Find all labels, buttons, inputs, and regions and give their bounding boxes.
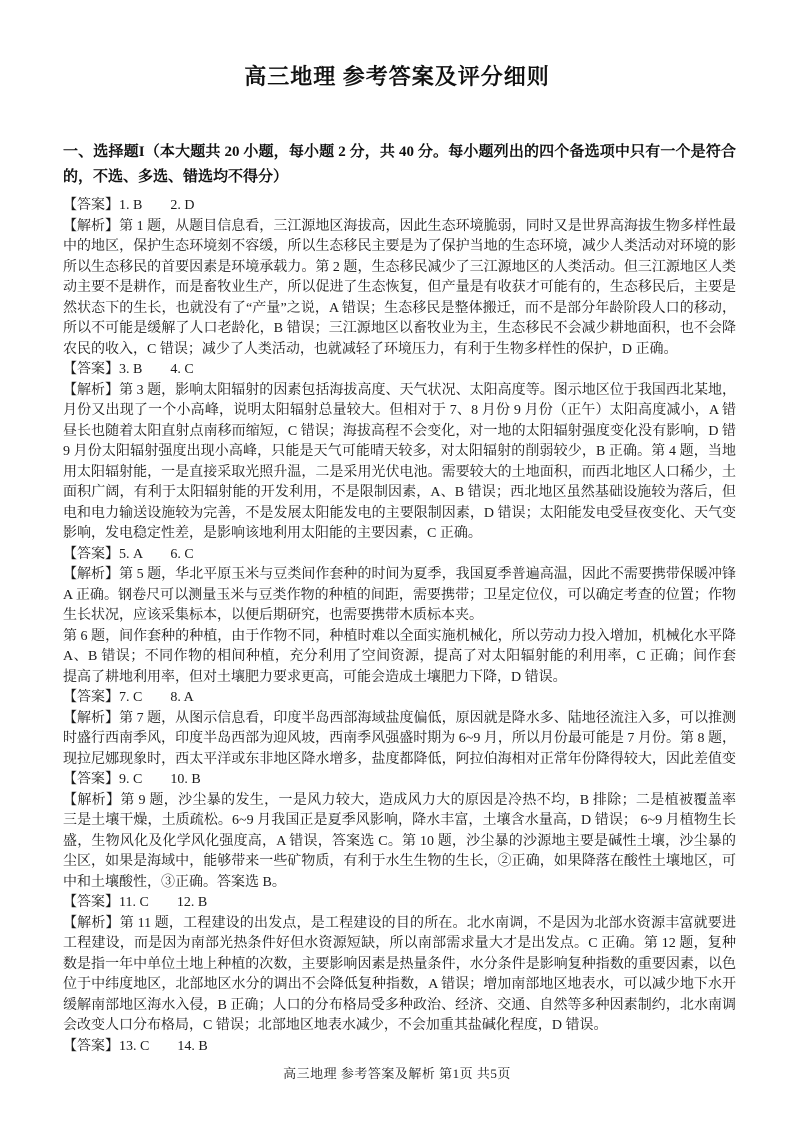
text-line: 会改变人口分布格局，C 错误；北部地区地表水减少，不会加重其盐碱化程度，D 错误…	[63, 1016, 736, 1037]
analysis-paragraph: 【解析】第 9 题，沙尘暴的发生，一是风力较大，造成风力大的原因是冷热不均，B …	[63, 791, 736, 894]
text-line: 生长状况，应该采集标本，以便后期研究，也需要携带木质标本夹。	[63, 606, 736, 627]
text-line: 所以生态移民的首要因素是环境承载力。第 2 题，生态移民减少了三江源地区的人类活…	[63, 258, 736, 279]
text-line: 【答案】11. C 12. B	[63, 893, 736, 914]
text-line: 第 6 题，间作套种的种植，由于作物不同，种植时难以全面实施机械化，所以劳动力投…	[63, 627, 736, 648]
text-line: 面积广阔，有利于太阳辐射能的开发利用，不是限制因素，A、B 错误；西北地区虽然基…	[63, 483, 736, 504]
answer-line-block: 【答案】1. B 2. D	[63, 196, 736, 217]
text-line: 提高了耕地利用率，但对土壤肥力要求更高，可能会造成土壤肥力下降，D 错误。	[63, 668, 736, 689]
text-line: 动主要不是耕作，而是畜牧业生产，所以促进了生态恢复，但产量是有收获才可能有的，生…	[63, 278, 736, 299]
analysis-paragraph: 第 6 题，间作套种的种植，由于作物不同，种植时难以全面实施机械化，所以劳动力投…	[63, 627, 736, 689]
text-line: 【解析】第 9 题，沙尘暴的发生，一是风力较大，造成风力大的原因是冷热不均，B …	[63, 791, 736, 812]
text-line: 中的地区，保护生态环境刻不容缓，所以生态移民主要是为了保护当地的生态环境，减少人…	[63, 237, 736, 258]
text-line: 农民的收入，C 错误；减少了人类活动，也就减轻了环境压力，有利于生物多样性的保护…	[63, 340, 736, 361]
text-line: 【解析】第 1 题，从题目信息看，三江源地区海拔高，因此生态环境脆弱，同时又是世…	[63, 217, 736, 238]
page-title: 高三地理 参考答案及评分细则	[0, 60, 794, 91]
text-line: 的，不选、多选、错选均不得分）	[63, 165, 736, 190]
text-line: 【解析】第 7 题，从图示信息看，印度半岛西部海域盐度偏低，原因就是降水多、陆地…	[63, 709, 736, 730]
text-line: 影响，发电稳定性差，是影响该地利用太阳能的主要因素，C 正确。	[63, 524, 736, 545]
text-line: 一、选择题I（本大题共 20 小题，每小题 2 分，共 40 分。每小题列出的四…	[63, 140, 736, 165]
answer-line-block: 【答案】5. A 6. C	[63, 545, 736, 566]
text-line: 三是土壤干燥，土质疏松。6~9 月我国正是夏季风影响，降水丰富，土壤含水量高，D…	[63, 811, 736, 832]
text-line: 尘区，如果是海域中，能够带来一些矿物质，有利于水生生物的生长，②正确，如果降落在…	[63, 852, 736, 873]
analysis-paragraph: 【解析】第 5 题，华北平原玉米与豆类间作套种的时间为夏季，我国夏季普遍高温，因…	[63, 565, 736, 627]
analysis-paragraph: 【解析】第 11 题，工程建设的出发点，是工程建设的目的所在。北水南调，不是因为…	[63, 914, 736, 1037]
text-line: 【答案】5. A 6. C	[63, 545, 736, 566]
text-line: 中和土壤酸性，③正确。答案选 B。	[63, 873, 736, 894]
text-line: 【答案】3. B 4. C	[63, 360, 736, 381]
text-line: A 正确。钢卷尺可以测量玉米与豆类作物的种植的间距，需要携带；卫星定位仪，可以确…	[63, 586, 736, 607]
text-line: 【解析】第 3 题，影响太阳辐射的因素包括海拔高度、天气状况、太阳高度等。图示地…	[63, 381, 736, 402]
page-footer: 高三地理 参考答案及解析 第1页 共5页	[0, 1063, 794, 1082]
answer-line-block: 【答案】13. C 14. B	[63, 1037, 736, 1058]
text-line: 数是指一年中单位土地上种植的次数，主要影响因素是热量条件，水分条件是影响复种指数…	[63, 955, 736, 976]
doc-body: 一、选择题I（本大题共 20 小题，每小题 2 分，共 40 分。每小题列出的四…	[63, 140, 736, 1057]
text-line: 工程建设，而是因为南部光热条件好但水资源短缺，所以南部需求量大才是出发点。C 正…	[63, 934, 736, 955]
text-line: 9 月份太阳辐射强度出现小高峰，只能是天气可能晴天较多，对太阳辐射的削弱较少，B…	[63, 442, 736, 463]
text-line: 月份又出现了一个小高峰，说明太阳辐射总量较大。但相对于 7、8 月份 9 月份（…	[63, 401, 736, 422]
text-line: 现拉尼娜现象时，西太平洋或东非地区降水增多，盐度都降低，阿拉伯海相对正常年份降得…	[63, 750, 736, 771]
section-header: 一、选择题I（本大题共 20 小题，每小题 2 分，共 40 分。每小题列出的四…	[63, 140, 736, 190]
text-line: 电和电力输送设施较为完善，不是发展太阳能发电的主要限制因素，D 错误；太阳能发电…	[63, 504, 736, 525]
document-page: 高三地理 参考答案及评分细则 一、选择题I（本大题共 20 小题，每小题 2 分…	[0, 0, 794, 1123]
text-line: 昼长也随着太阳直射点南移而缩短，C 错误；海拔高程不会变化，对一地的太阳辐射强度…	[63, 422, 736, 443]
analysis-paragraph: 【解析】第 3 题，影响太阳辐射的因素包括海拔高度、天气状况、太阳高度等。图示地…	[63, 381, 736, 545]
analysis-paragraph: 【解析】第 1 题，从题目信息看，三江源地区海拔高，因此生态环境脆弱，同时又是世…	[63, 217, 736, 361]
text-line: 缓解南部地区海水入侵，B 正确；人口的分布格局受多种政治、经济、交通、自然等多种…	[63, 996, 736, 1017]
text-line: 然状态下的生长，也就没有了“产量”之说，A 错误；生态移民是整体搬迁，而不是部分…	[63, 299, 736, 320]
text-line: 位于中纬度地区，北部地区水分的调出不会降低复种指数，A 错误；增加南部地区地表水…	[63, 975, 736, 996]
text-line: 用太阳辐射能，一是直接采取光照升温，二是采用光伏电池。需要较大的土地面积，而西北…	[63, 463, 736, 484]
text-line: 【解析】第 5 题，华北平原玉米与豆类间作套种的时间为夏季，我国夏季普遍高温，因…	[63, 565, 736, 586]
text-line: 【答案】13. C 14. B	[63, 1037, 736, 1058]
answer-line-block: 【答案】7. C 8. A	[63, 688, 736, 709]
answer-line-block: 【答案】9. C 10. B	[63, 770, 736, 791]
answer-line-block: 【答案】11. C 12. B	[63, 893, 736, 914]
text-line: 【答案】9. C 10. B	[63, 770, 736, 791]
text-line: 【答案】1. B 2. D	[63, 196, 736, 217]
text-line: A、B 错误；不同作物的相间种植，充分利用了空间资源，提高了对太阳辐射能的利用率…	[63, 647, 736, 668]
answer-line-block: 【答案】3. B 4. C	[63, 360, 736, 381]
text-line: 盛，生物风化及化学风化强度高，A 错误，答案选 C。第 10 题，沙尘暴的沙源地…	[63, 832, 736, 853]
text-line: 所以不可能是缓解了人口老龄化，B 错误；三江源地区以畜牧业为主，生态移民不会减少…	[63, 319, 736, 340]
text-line: 【解析】第 11 题，工程建设的出发点，是工程建设的目的所在。北水南调，不是因为…	[63, 914, 736, 935]
text-line: 时盛行西南季风，印度半岛西部为迎风坡，西南季风强盛时期为 6~9 月，所以月份最…	[63, 729, 736, 750]
text-line: 【答案】7. C 8. A	[63, 688, 736, 709]
analysis-paragraph: 【解析】第 7 题，从图示信息看，印度半岛西部海域盐度偏低，原因就是降水多、陆地…	[63, 709, 736, 771]
